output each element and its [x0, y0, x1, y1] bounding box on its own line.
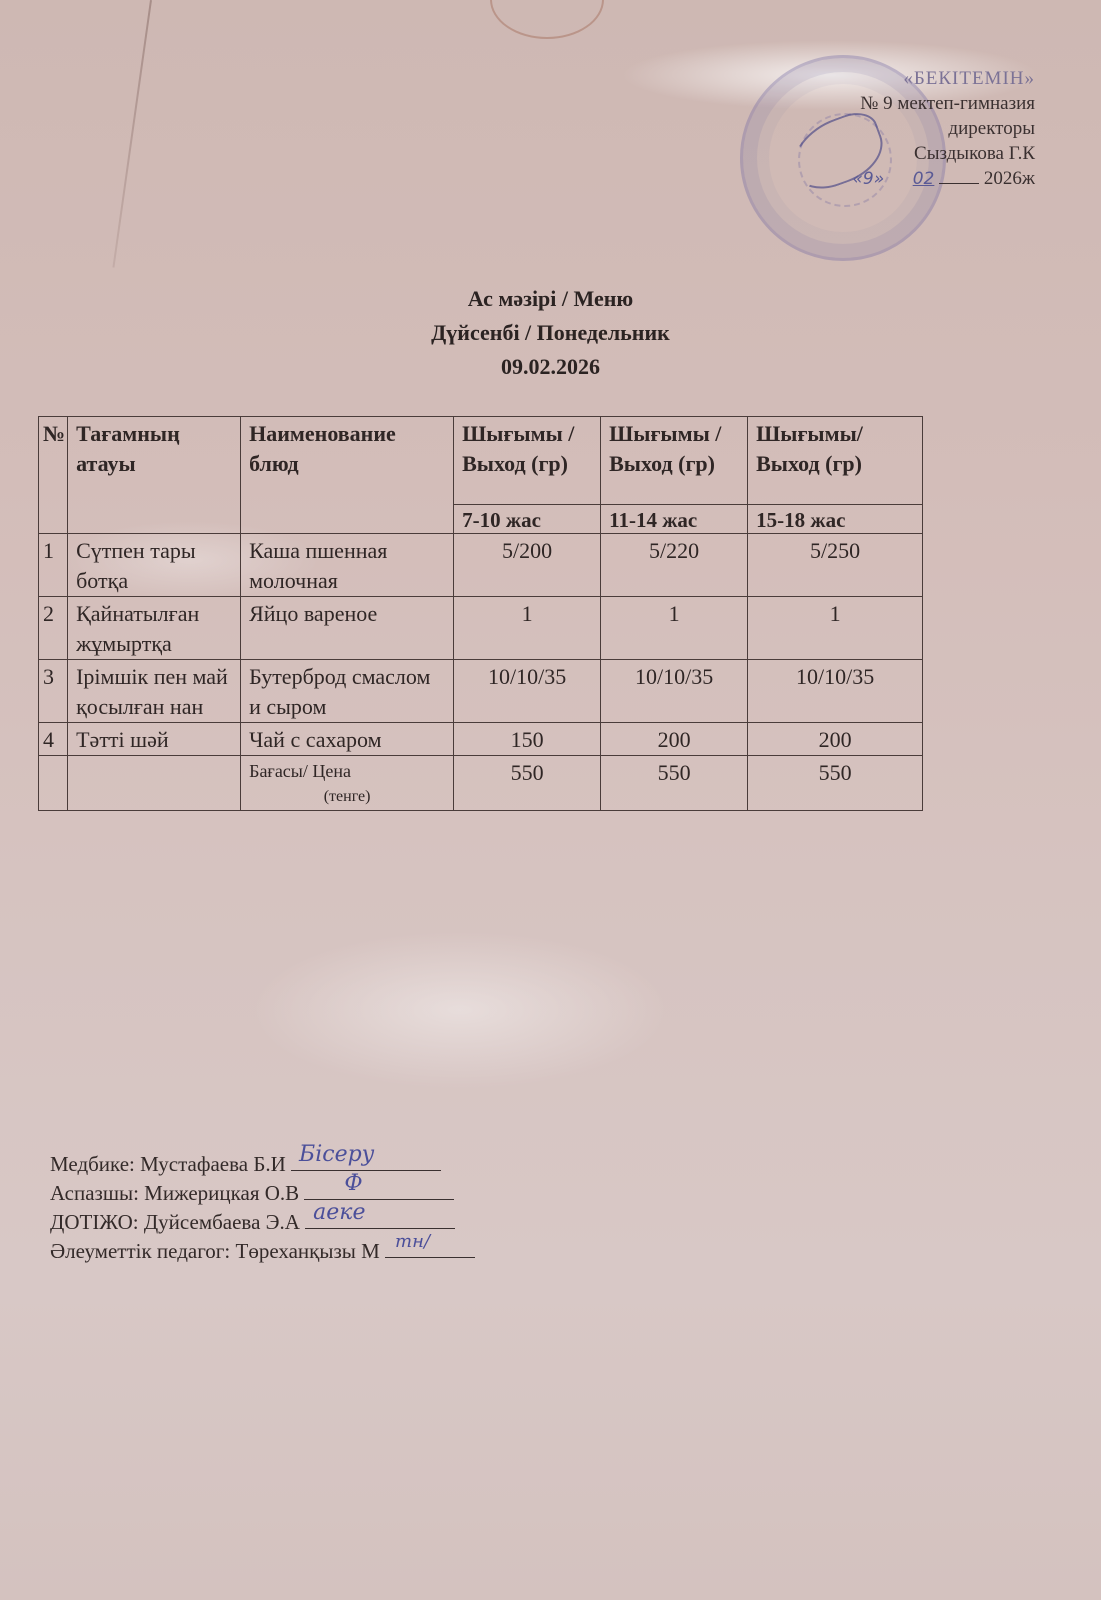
yield-7-10: 150	[454, 723, 601, 756]
approval-heading: «БЕКІТЕМІН»	[852, 66, 1035, 91]
signer-cook: Аспазшы: Мижерицкая О.В Ф	[50, 1179, 475, 1208]
menu-title-main: Ас мәзірі / Меню	[0, 282, 1101, 316]
light-glare	[250, 930, 670, 1090]
signers-block: Медбике: Мустафаева Б.И Бісеру Аспазшы: …	[50, 1150, 475, 1266]
dish-name-ru: Бутерброд смаслом и сыром	[241, 660, 454, 723]
dish-name-kz: Сүтпен тары ботқа	[68, 534, 241, 597]
signer-label: ДОТІЖО: Дуйсембаева Э.А	[50, 1210, 300, 1234]
menu-day: Дүйсенбі / Понедельник	[0, 316, 1101, 350]
director-name: Сыздыкова Г.К	[852, 141, 1035, 166]
yield-11-14: 10/10/35	[601, 660, 748, 723]
yield-11-14: 200	[601, 723, 748, 756]
header-name-ru: Наименование блюд	[241, 417, 454, 534]
header-yield-3: Шығымы/ Выход (гр)	[748, 417, 923, 505]
signature: тн/	[395, 1227, 430, 1256]
price-label: Бағасы/ Цена (тенге)	[241, 756, 454, 811]
age-group-1: 7-10 жас	[454, 505, 601, 534]
signature-line: аеке	[305, 1208, 455, 1229]
menu-title: Ас мәзірі / Меню Дүйсенбі / Понедельник …	[0, 282, 1101, 384]
header-number: №	[39, 417, 68, 534]
yield-7-10: 5/200	[454, 534, 601, 597]
signature: Ф	[344, 1169, 362, 1198]
age-group-3: 15-18 жас	[748, 505, 923, 534]
price-7-10: 550	[454, 756, 601, 811]
header-yield-1: Шығымы /Выход (гр)	[454, 417, 601, 505]
empty-cell	[39, 756, 68, 811]
signature-line: тн/	[385, 1237, 475, 1258]
row-number: 1	[39, 534, 68, 597]
approval-day: «9»	[852, 169, 884, 189]
dish-name-kz: Ірімшік пен май қосылған нан	[68, 660, 241, 723]
price-15-18: 550	[748, 756, 923, 811]
table-header-row: № Тағамның атауы Наименование блюд Шығым…	[39, 417, 923, 505]
signature: аеке	[313, 1198, 365, 1227]
table-row: 3 Ірімшік пен май қосылған нан Бутерброд…	[39, 660, 923, 723]
menu-date: 09.02.2026	[0, 350, 1101, 384]
yield-15-18: 200	[748, 723, 923, 756]
approval-month: 02	[913, 169, 935, 189]
table-row: 1 Сүтпен тары ботқа Каша пшенная молочна…	[39, 534, 923, 597]
age-group-2: 11-14 жас	[601, 505, 748, 534]
school-name: № 9 мектеп-гимназия	[852, 91, 1035, 116]
dish-name-ru: Чай с сахаром	[241, 723, 454, 756]
table-row: 4 Тәтті шәй Чай с сахаром 150 200 200	[39, 723, 923, 756]
table-row: 2 Қайнатылған жұмыртқа Яйцо вареное 1 1 …	[39, 597, 923, 660]
signer-nurse: Медбике: Мустафаева Б.И Бісеру	[50, 1150, 475, 1179]
signature-line: Ф	[304, 1179, 454, 1200]
price-unit: (тенге)	[249, 784, 445, 810]
signer-label: Аспазшы: Мижерицкая О.В	[50, 1181, 299, 1205]
yield-15-18: 5/250	[748, 534, 923, 597]
empty-cell	[68, 756, 241, 811]
director-role: директоры	[852, 116, 1035, 141]
row-number: 4	[39, 723, 68, 756]
yield-11-14: 5/220	[601, 534, 748, 597]
hanging-string	[490, 0, 604, 39]
signer-social-pedagogue: Әлеуметтік педагог: Төреханқызы М тн/	[50, 1237, 475, 1266]
price-11-14: 550	[601, 756, 748, 811]
yield-11-14: 1	[601, 597, 748, 660]
menu-table: № Тағамның атауы Наименование блюд Шығым…	[38, 416, 923, 811]
signer-label: Медбике: Мустафаева Б.И	[50, 1152, 286, 1176]
price-row: Бағасы/ Цена (тенге) 550 550 550	[39, 756, 923, 811]
approval-year: 2026ж	[984, 168, 1035, 189]
approval-date: «9» 02 2026ж	[852, 166, 1035, 192]
row-number: 2	[39, 597, 68, 660]
approval-block: «БЕКІТЕМІН» № 9 мектеп-гимназия директор…	[852, 66, 1035, 192]
yield-7-10: 1	[454, 597, 601, 660]
signature: Бісеру	[299, 1140, 374, 1169]
paper-crease	[112, 0, 152, 268]
dish-name-kz: Қайнатылған жұмыртқа	[68, 597, 241, 660]
yield-15-18: 1	[748, 597, 923, 660]
dish-name-kz: Тәтті шәй	[68, 723, 241, 756]
dish-name-ru: Каша пшенная молочная	[241, 534, 454, 597]
row-number: 3	[39, 660, 68, 723]
header-name-kz: Тағамның атауы	[68, 417, 241, 534]
header-yield-2: Шығымы /Выход (гр)	[601, 417, 748, 505]
signer-label: Әлеуметтік педагог: Төреханқызы М	[50, 1239, 380, 1263]
price-label-text: Бағасы/ Цена	[249, 761, 351, 781]
yield-7-10: 10/10/35	[454, 660, 601, 723]
signature-line: Бісеру	[291, 1150, 441, 1171]
yield-15-18: 10/10/35	[748, 660, 923, 723]
dish-name-ru: Яйцо вареное	[241, 597, 454, 660]
